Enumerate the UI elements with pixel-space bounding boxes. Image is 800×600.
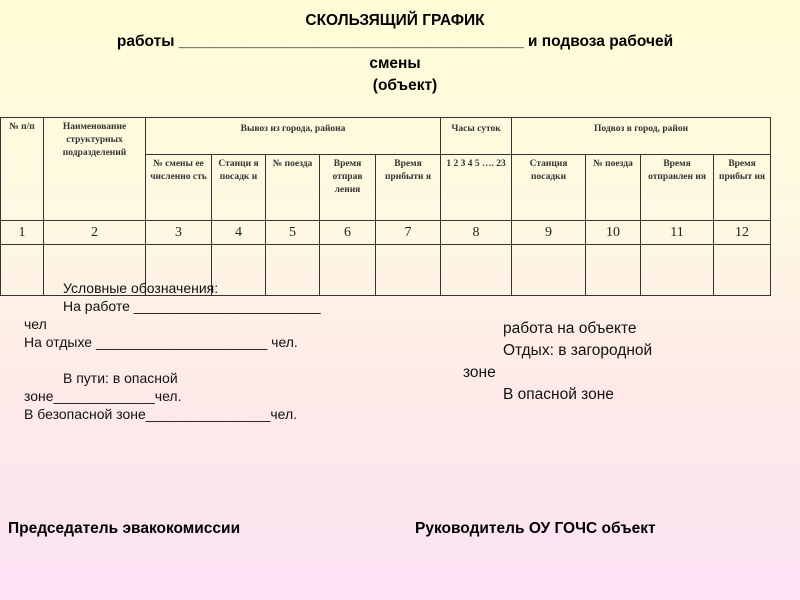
header-out-arrival: Время прибыти я [376, 155, 441, 221]
legend-title: Условные обозначения: [24, 279, 384, 297]
empty-cell[interactable] [512, 245, 586, 296]
subtitle-shift: смены [0, 55, 790, 73]
legend-work-on-site: работа на объекте [463, 318, 763, 340]
empty-cell[interactable] [714, 245, 771, 296]
legend-transit: В пути: в опасной [24, 369, 384, 387]
column-number: 4 [212, 221, 266, 245]
header-group-in: Подвоз в город, район [512, 118, 771, 155]
legend-rest: На отдыхе ______________________ чел. [24, 333, 384, 351]
legend-safe-zone: В безопасной зоне________________чел. [24, 405, 384, 423]
header-out-train: № поезда [266, 155, 320, 221]
header-out-shift: № смены ее численно сть [146, 155, 212, 221]
column-number: 8 [441, 221, 512, 245]
legend-rest-suburban: Отдых: в загородной [463, 340, 763, 362]
document-title: СКОЛЬЗЯЩИЙ ГРАФИК [0, 12, 790, 30]
column-number: 5 [266, 221, 320, 245]
subtitle-object: (объект) [0, 77, 800, 95]
legend-at-work-unit: чел [24, 315, 384, 333]
empty-cell[interactable] [441, 245, 512, 296]
legend-spacer [24, 351, 384, 369]
legend-right: работа на объекте Отдых: в загородной зо… [463, 318, 763, 406]
column-number: 11 [641, 221, 714, 245]
header-out-station: Станци я посадк и [212, 155, 266, 221]
header-group-out: Вывоз из города, района [146, 118, 441, 155]
legend-rest-suburban-cont: зоне [463, 362, 763, 384]
legend-left: Условные обозначения: На работе ________… [24, 279, 384, 423]
subtitle-line: работы _________________________________… [0, 33, 790, 51]
header-hours: 1 2 3 4 5 …. 23 [441, 155, 512, 221]
column-number: 9 [512, 221, 586, 245]
header-out-departure: Время отправ ления [320, 155, 376, 221]
column-number: 6 [320, 221, 376, 245]
column-number-row: 1 2 3 4 5 6 7 8 9 10 11 12 [1, 221, 771, 245]
schedule-table: № п/п Наименование структурных подраздел… [0, 117, 771, 296]
header-in-arrival: Время прибыт ия [714, 155, 771, 221]
legend-danger-zone-right: В опасной зоне [463, 384, 763, 406]
column-number: 7 [376, 221, 441, 245]
empty-cell[interactable] [586, 245, 641, 296]
header-in-station: Станция посадки [512, 155, 586, 221]
column-number: 10 [586, 221, 641, 245]
column-number: 2 [44, 221, 146, 245]
header-in-departure: Время отправлен ия [641, 155, 714, 221]
header-no: № п/п [1, 118, 44, 221]
header-group-hours: Часы суток [441, 118, 512, 155]
empty-cell[interactable] [641, 245, 714, 296]
legend-danger-zone: зоне_____________чел. [24, 387, 384, 405]
signature-chairman: Председатель эвакокомиссии [8, 520, 240, 538]
empty-cell[interactable] [376, 245, 441, 296]
column-number: 12 [714, 221, 771, 245]
legend-at-work: На работе ________________________ [24, 297, 384, 315]
column-number: 1 [1, 221, 44, 245]
header-subdivision: Наименование структурных подразделений [44, 118, 146, 221]
signature-head: Руководитель ОУ ГОЧС объект [415, 520, 656, 538]
header-in-train: № поезда [586, 155, 641, 221]
column-number: 3 [146, 221, 212, 245]
